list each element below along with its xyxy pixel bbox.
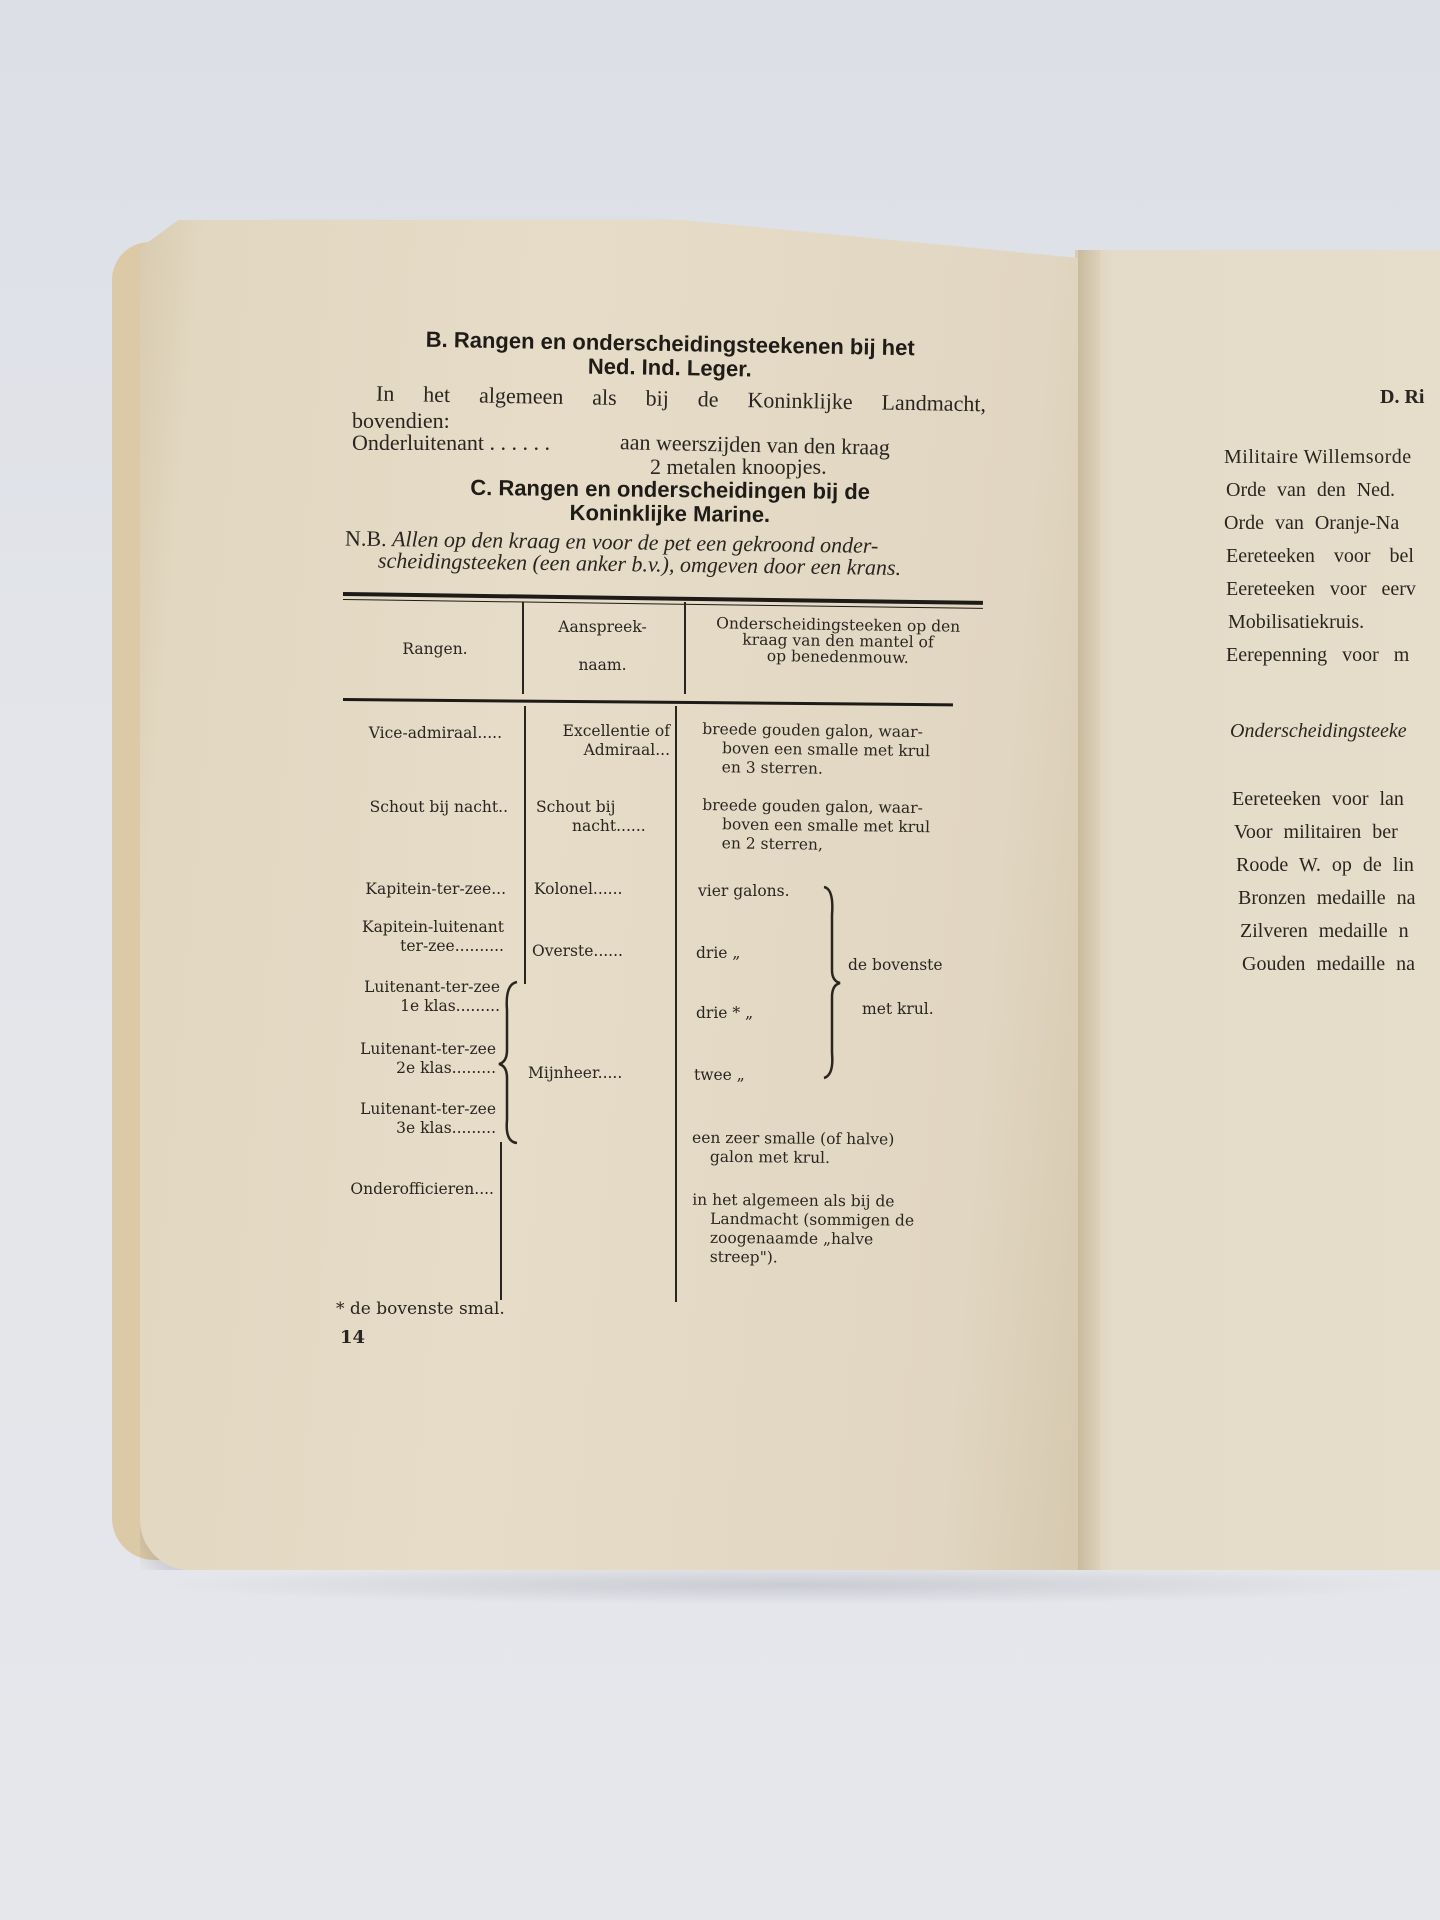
right-item-13: Gouden medaille na [1242,953,1415,975]
row5-rank: Luitenant-ter-zee 1e klas......... [310,978,500,1016]
row7-rank-line1: Luitenant-ter-zee [306,1100,496,1119]
right-page-content: D. Ri Militaire Willemsorde Orde van den… [1100,250,1440,1570]
right-item-10: Roode W. op de lin [1236,854,1414,876]
row8-insignia-line3: zoogenaamde „halve [692,1229,992,1251]
right-subheading: Onderscheidingsteeke [1230,720,1407,742]
section-b-intro-line2: bovendien: [352,410,450,432]
row7-insignia-line2: galon met krul. [692,1148,992,1170]
page-number: 14 [340,1328,365,1347]
right-item-1: Militaire Willemsorde [1224,446,1412,468]
row5-rank-line2: 1e klas......... [310,997,500,1016]
row2-insignia-line3: en 2 sterren, [702,834,992,857]
row3-insignia: vier galons. [698,882,790,901]
section-b-heading: B. Rangen en onderscheidingsteekenen bij… [370,327,971,385]
row6-address: Mijnheer..... [528,1064,622,1083]
right-item-9: Voor militairen ber [1234,821,1398,843]
row7-insignia-line1: een zeer smalle (of halve) [692,1129,992,1151]
row6-rank-line1: Luitenant-ter-zee [306,1040,496,1059]
row8-insignia: in het algemeen als bij de Landmacht (so… [692,1191,993,1270]
right-item-7: Eerepenning voor m [1226,644,1409,666]
row7-rank-line2: 3e klas......... [306,1119,496,1138]
row8-rank: Onderofficieren.... [300,1180,494,1199]
section-b-rank: Onderluitenant . . . . . . [352,432,550,454]
insignia-group-brace-icon [818,885,848,1080]
bracket-note-line1: de bovenste [848,956,943,975]
col-divider-1-lower [500,1142,502,1300]
row4-address: Overste...... [532,942,623,961]
right-item-6: Mobilisatiekruis. [1228,611,1364,633]
right-item-2: Orde van den Ned. [1226,479,1395,501]
table-header-rule [343,698,953,706]
row7-insignia: een zeer smalle (of halve) galon met kru… [692,1129,992,1170]
col-divider-2-header [684,602,686,694]
header-rangen: Rangen. [350,640,520,659]
header-insignia: Onderscheidingsteeken op den kraag van d… [688,614,989,669]
row2-address-line1: Schout bij [536,798,676,817]
row5-rank-line1: Luitenant-ter-zee [310,978,500,997]
row6-insignia: twee „ [694,1066,745,1085]
footnote: * de bovenste smal. [336,1300,505,1319]
header-aanspreek-line1: Aanspreek- [525,618,680,637]
row3-rank: Kapitein-ter-zee... [330,880,506,899]
col-divider-1-header [522,602,524,694]
section-c-heading: C. Rangen en onderscheidingen bij de Kon… [400,475,940,529]
right-item-3: Orde van Oranje-Na [1224,512,1399,534]
row1-rank: Vice-admiraal..... [330,724,502,743]
header-aanspreek-line2: naam. [525,656,680,675]
col-divider-2 [675,706,677,1302]
right-item-8: Eereteeken voor lan [1232,788,1404,810]
rank-group-brace-icon [495,980,525,1145]
row2-address: Schout bij nacht...... [536,798,676,836]
row4-rank: Kapitein-luitenant ter-zee.......... [320,918,504,956]
col-divider-1-upper [524,706,526,984]
row1-insignia: breede gouden galon, waar- boven een sma… [702,720,993,781]
row1-address: Excellentie of Admiraal... [530,722,670,760]
row8-insignia-line1: in het algemeen als bij de [692,1191,992,1213]
row3-address: Kolonel...... [534,880,622,899]
row4-rank-line2: ter-zee.......... [320,937,504,956]
right-item-5: Eereteeken voor eerv [1226,578,1416,600]
section-b-rank-desc-line2: 2 metalen knoopjes. [650,456,827,478]
row2-insignia: breede gouden galon, waar- boven een sma… [702,796,993,857]
row4-insignia: drie „ [696,944,740,963]
row6-rank: Luitenant-ter-zee 2e klas......... [306,1040,496,1078]
header-insignia-line3: op benedenmouw. [688,646,988,669]
row4-rank-line1: Kapitein-luitenant [320,918,504,937]
row1-insignia-line3: en 3 sterren. [702,758,992,781]
right-item-12: Zilveren medaille n [1240,920,1409,942]
right-item-11: Bronzen medaille na [1238,887,1416,909]
row8-insignia-line2: Landmacht (sommigen de [692,1210,992,1232]
row8-insignia-line4: streep"). [692,1248,992,1270]
row7-rank: Luitenant-ter-zee 3e klas......... [306,1100,496,1138]
row1-address-line1: Excellentie of [530,722,670,741]
row1-address-line2: Admiraal... [530,741,670,760]
bracket-note-line2: met krul. [862,1000,934,1019]
right-page-heading: D. Ri [1380,386,1424,408]
section-b-intro-line1: In het algemeen als bij de Koninklijke L… [376,383,986,416]
row6-rank-line2: 2e klas......... [306,1059,496,1078]
row2-rank: Schout bij nacht.. [330,798,508,817]
right-item-4: Eereteeken voor bel [1226,545,1414,567]
row5-insignia: drie * „ [696,1004,753,1023]
row2-address-line2: nacht...... [536,817,676,836]
